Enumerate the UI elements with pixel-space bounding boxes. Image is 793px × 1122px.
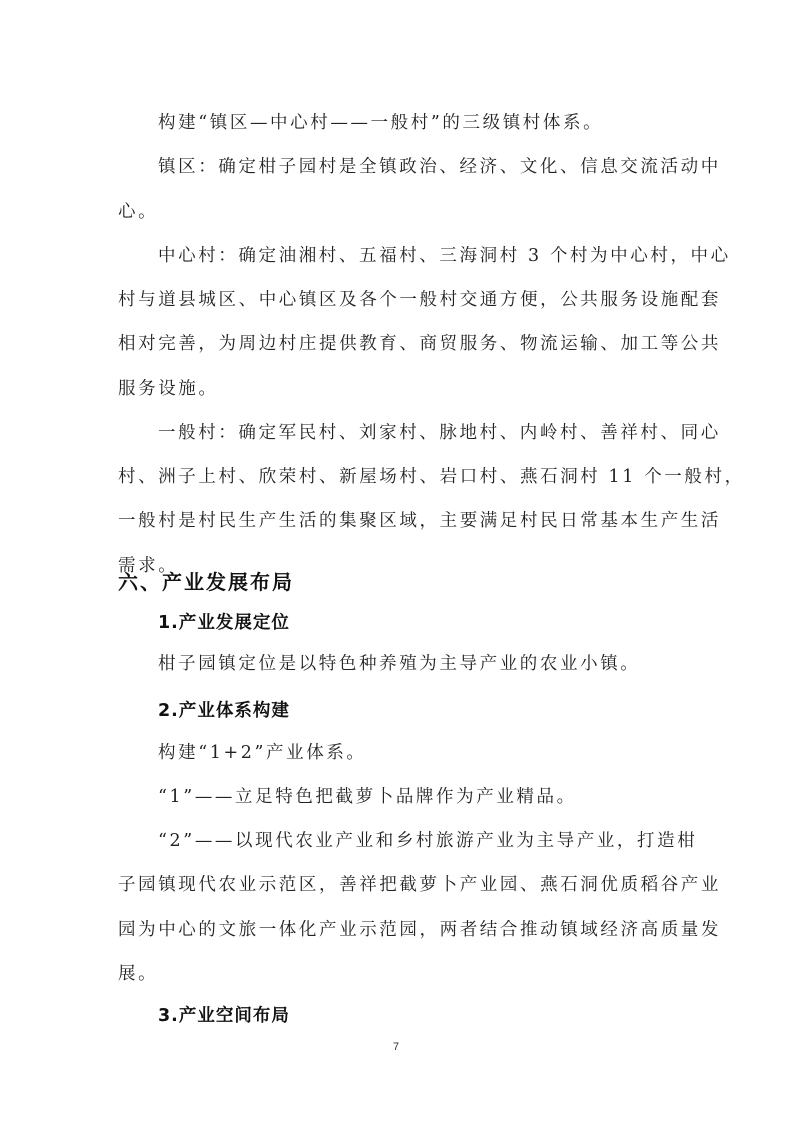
- paragraph-line: 村与道县城区、中心镇区及各个一般村交通方便，公共服务设施配套: [118, 289, 678, 311]
- paragraph-line: “1”——立足特色把截萝卜品牌作为产业精品。: [158, 786, 718, 808]
- paragraph-line: “2”——以现代农业产业和乡村旅游产业为主导产业，打造柑: [158, 830, 718, 852]
- paragraph-line: 镇区：确定柑子园村是全镇政治、经济、文化、信息交流活动中: [158, 156, 718, 178]
- paragraph-line: 一般村：确定军民村、刘家村、脉地村、内岭村、善祥村、同心: [158, 422, 718, 444]
- paragraph-line: 子园镇现代农业示范区，善祥把截萝卜产业园、燕石洞优质稻谷产业: [118, 874, 678, 896]
- paragraph-line: 柑子园镇定位是以特色种养殖为主导产业的农业小镇。: [158, 653, 718, 675]
- paragraph-line: 心。: [118, 201, 678, 223]
- paragraph-line: 展。: [118, 963, 678, 985]
- section-heading: 六、产业发展布局: [118, 566, 294, 595]
- subsection-heading: 2.产业体系构建: [158, 697, 290, 722]
- paragraph-line: 构建“镇区—中心村——一般村”的三级镇村体系。: [158, 112, 718, 134]
- page-number: 7: [393, 1041, 399, 1053]
- subsection-heading: 3.产业空间布局: [158, 1002, 290, 1027]
- paragraph-line: 相对完善，为周边村庄提供教育、商贸服务、物流运输、加工等公共: [118, 333, 678, 355]
- paragraph-line: 服务设施。: [118, 378, 678, 400]
- document-page: 构建“镇区—中心村——一般村”的三级镇村体系。 镇区：确定柑子园村是全镇政治、经…: [0, 0, 793, 1122]
- paragraph-line: 村、洲子上村、欣荣村、新屋场村、岩口村、燕石洞村 11 个一般村，: [118, 466, 678, 488]
- subsection-heading: 1.产业发展定位: [158, 609, 290, 634]
- paragraph-line: 中心村：确定油湘村、五福村、三海洞村 3 个村为中心村，中心: [158, 245, 718, 267]
- paragraph-line: 园为中心的文旅一体化产业示范园，两者结合推动镇域经济高质量发: [118, 919, 678, 941]
- paragraph-line: 构建“1+2”产业体系。: [158, 742, 718, 764]
- paragraph-line: 一般村是村民生产生活的集聚区域，主要满足村民日常基本生产生活: [118, 510, 678, 532]
